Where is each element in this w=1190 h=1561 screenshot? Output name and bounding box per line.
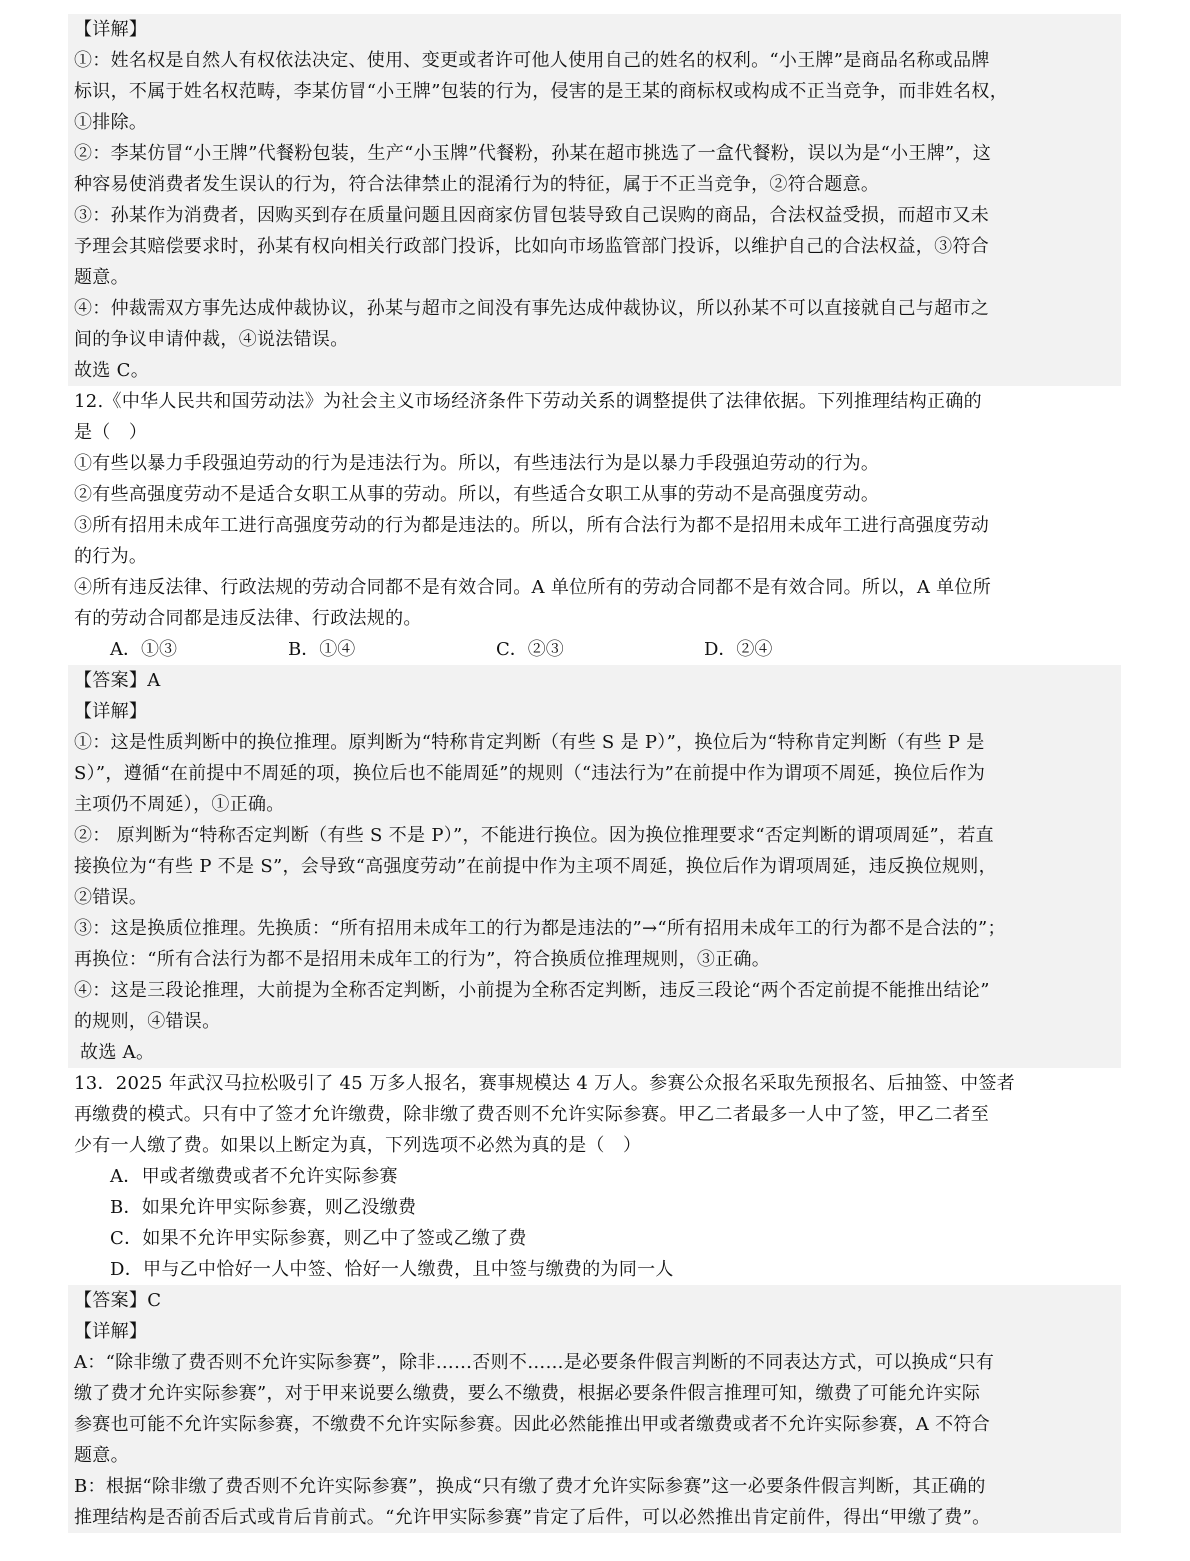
explanation-line: 缴了费才允许实际参赛”，对于甲来说要么缴费，要么不缴费，根据必要条件假言推理可知…	[68, 1378, 1121, 1409]
explanation-heading: 【详解】	[68, 696, 1121, 727]
q13-answer-block: 【答案】C 【详解】 A：“除非缴了费否则不允许实际参赛”，除非……否则不……是…	[68, 1285, 1121, 1533]
option-d: D．甲与乙中恰好一人中签、恰好一人缴费，且中签与缴费的为同一人	[68, 1254, 1121, 1285]
q11-explanation-block: 【详解】 ①：姓名权是自然人有权依法决定、使用、变更或者许可他人使用自己的姓名的…	[68, 14, 1121, 386]
explanation-line: 再换位：“所有合法行为都不是招用未成年工的行为”，符合换质位推理规则，③正确。	[68, 944, 1121, 975]
explanation-line: 标识，不属于姓名权范畴，李某仿冒“小王牌”包装的行为，侵害的是王某的商标权或构成…	[68, 76, 1121, 107]
explanation-line: 种容易使消费者发生误认的行为，符合法律禁止的混淆行为的特征，属于不正当竞争，②符…	[68, 169, 1121, 200]
q12-question-block: 12.《中华人民共和国劳动法》为社会主义市场经济条件下劳动关系的调整提供了法律依…	[68, 386, 1121, 665]
explanation-line: 推理结构是否前否后式或肯后肯前式。“允许甲实际参赛”肯定了后件，可以必然推出肯定…	[68, 1502, 1121, 1533]
explanation-line: ①：姓名权是自然人有权依法决定、使用、变更或者许可他人使用自己的姓名的权利。“小…	[68, 45, 1121, 76]
question-stem: 13．2025 年武汉马拉松吸引了 45 万多人报名，赛事规模达 4 万人。参赛…	[68, 1068, 1121, 1099]
explanation-line: B：根据“除非缴了费否则不允许实际参赛”，换成“只有缴了费才允许实际参赛”这一必…	[68, 1471, 1121, 1502]
explanation-line: ①：这是性质判断中的换位推理。原判断为“特称肯定判断（有些 S 是 P）”，换位…	[68, 727, 1121, 758]
statement-2: ②有些高强度劳动不是适合女职工从事的劳动。所以，有些适合女职工从事的劳动不是高强…	[68, 479, 1121, 510]
answer-line: 【答案】A	[68, 665, 1121, 696]
conclusion-line: 故选 C。	[68, 355, 1121, 386]
question-stem: 少有一人缴了费。如果以上断定为真，下列选项不必然为真的是（ ）	[68, 1130, 1121, 1161]
explanation-line: 的规则，④错误。	[68, 1006, 1121, 1037]
document-page: 【详解】 ①：姓名权是自然人有权依法决定、使用、变更或者许可他人使用自己的姓名的…	[68, 14, 1121, 1533]
explanation-line: ②：李某仿冒“小王牌”代餐粉包装，生产“小玉牌”代餐粉，孙某在超市挑选了一盒代餐…	[68, 138, 1121, 169]
explanation-line: 主项仍不周延），①正确。	[68, 789, 1121, 820]
option-c: C．如果不允许甲实际参赛，则乙中了签或乙缴了费	[68, 1223, 1121, 1254]
explanation-line: A：“除非缴了费否则不允许实际参赛”，除非……否则不……是必要条件假言判断的不同…	[68, 1347, 1121, 1378]
explanation-line: ②错误。	[68, 882, 1121, 913]
conclusion-line: 故选 A。	[68, 1037, 1121, 1068]
explanation-line: ③：孙某作为消费者，因购买到存在质量问题且因商家仿冒包装导致自己误购的商品，合法…	[68, 200, 1121, 231]
options-row: A．①③ B．①④ C．②③ D．②④	[68, 634, 1121, 665]
explanation-line: 予理会其赔偿要求时，孙某有权向相关行政部门投诉，比如向市场监管部门投诉，以维护自…	[68, 231, 1121, 262]
explanation-heading: 【详解】	[68, 14, 1121, 45]
explanation-line: ②： 原判断为“特称否定判断（有些 S 不是 P）”，不能进行换位。因为换位推理…	[68, 820, 1121, 851]
question-stem: 12.《中华人民共和国劳动法》为社会主义市场经济条件下劳动关系的调整提供了法律依…	[68, 386, 1121, 417]
statement-3: ③所有招用未成年工进行高强度劳动的行为都是违法的。所以，所有合法行为都不是招用未…	[68, 510, 1121, 541]
q13-question-block: 13．2025 年武汉马拉松吸引了 45 万多人报名，赛事规模达 4 万人。参赛…	[68, 1068, 1121, 1285]
option-c: C．②③	[496, 634, 704, 665]
option-a: A．甲或者缴费或者不允许实际参赛	[68, 1161, 1121, 1192]
question-stem: 是（ ）	[68, 417, 1121, 448]
explanation-line: ①排除。	[68, 107, 1121, 138]
option-d: D．②④	[704, 634, 772, 665]
statement-4-cont: 有的劳动合同都是违反法律、行政法规的。	[68, 603, 1121, 634]
answer-line: 【答案】C	[68, 1285, 1121, 1316]
statement-3-cont: 的行为。	[68, 541, 1121, 572]
explanation-line: ④：这是三段论推理，大前提为全称否定判断，小前提为全称否定判断，违反三段论“两个…	[68, 975, 1121, 1006]
explanation-line: 接换位为“有些 P 不是 S”，会导致“高强度劳动”在前提中作为主项不周延，换位…	[68, 851, 1121, 882]
explanation-line: ④：仲裁需双方事先达成仲裁协议，孙某与超市之间没有事先达成仲裁协议，所以孙某不可…	[68, 293, 1121, 324]
explanation-line: 题意。	[68, 262, 1121, 293]
explanation-line: 间的争议申请仲裁，④说法错误。	[68, 324, 1121, 355]
question-stem: 再缴费的模式。只有中了签才允许缴费，除非缴了费否则不允许实际参赛。甲乙二者最多一…	[68, 1099, 1121, 1130]
option-a: A．①③	[110, 634, 288, 665]
statement-4: ④所有违反法律、行政法规的劳动合同都不是有效合同。A 单位所有的劳动合同都不是有…	[68, 572, 1121, 603]
explanation-line: 题意。	[68, 1440, 1121, 1471]
explanation-heading: 【详解】	[68, 1316, 1121, 1347]
option-b: B．如果允许甲实际参赛，则乙没缴费	[68, 1192, 1121, 1223]
explanation-line: ③：这是换质位推理。先换质：“所有招用未成年工的行为都是违法的”→“所有招用未成…	[68, 913, 1121, 944]
explanation-line: 参赛也可能不允许实际参赛，不缴费不允许实际参赛。因此必然能推出甲或者缴费或者不允…	[68, 1409, 1121, 1440]
q12-answer-block: 【答案】A 【详解】 ①：这是性质判断中的换位推理。原判断为“特称肯定判断（有些…	[68, 665, 1121, 1068]
option-b: B．①④	[288, 634, 496, 665]
statement-1: ①有些以暴力手段强迫劳动的行为是违法行为。所以，有些违法行为是以暴力手段强迫劳动…	[68, 448, 1121, 479]
explanation-line: S）”，遵循“在前提中不周延的项，换位后也不能周延”的规则（“违法行为”在前提中…	[68, 758, 1121, 789]
